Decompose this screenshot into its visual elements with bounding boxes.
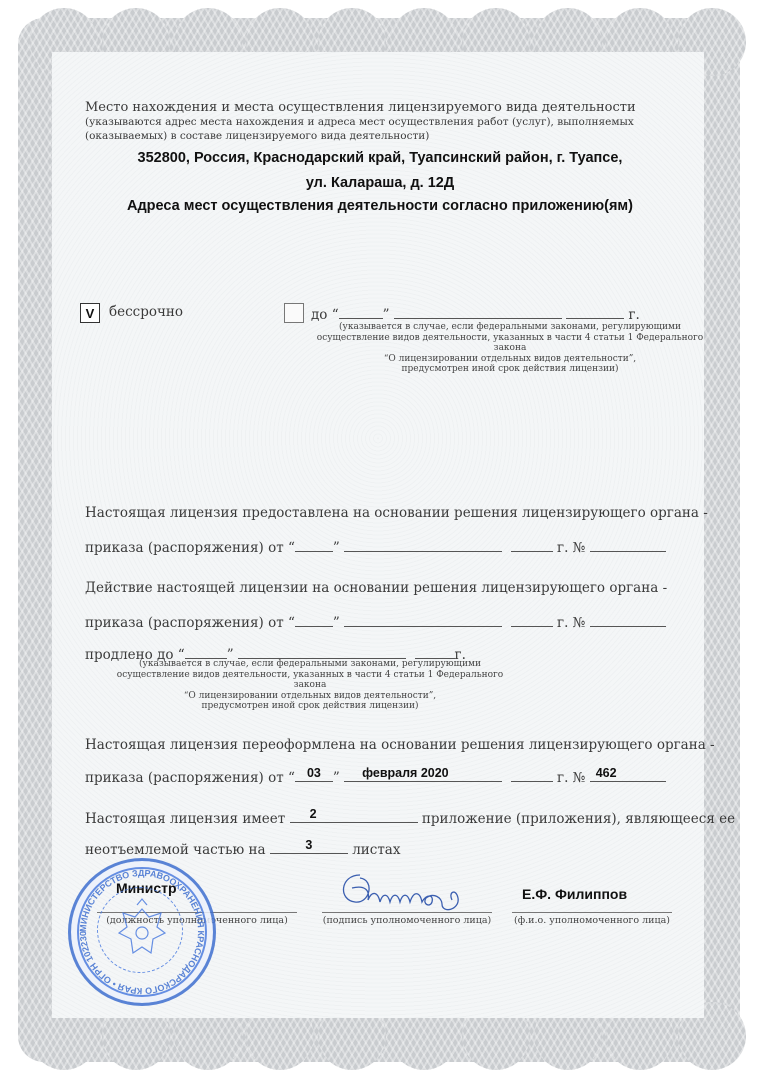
signatory-name: Е.Ф. Филиппов bbox=[522, 886, 627, 902]
location-heading: Место нахождения и места осуществления л… bbox=[85, 101, 685, 143]
limited-prefix: до bbox=[311, 307, 327, 323]
extended-number-field[interactable] bbox=[590, 612, 666, 627]
reissued-day-field[interactable]: 03 bbox=[295, 767, 333, 782]
extended-until-year-field[interactable] bbox=[415, 644, 455, 659]
location-heading-title: Место нахождения и места осуществления л… bbox=[85, 100, 636, 115]
location-heading-note: (указываются адрес места нахождения и ад… bbox=[85, 116, 634, 142]
name-caption: (ф.и.о. уполномоченного лица) bbox=[512, 915, 672, 926]
appendix-line-1: Настоящая лицензия имеет 2 приложение (п… bbox=[85, 808, 735, 827]
signature-line bbox=[322, 912, 492, 913]
extended-day-field[interactable] bbox=[295, 612, 333, 627]
extended-line-1: Действие настоящей лицензии на основании… bbox=[85, 580, 667, 596]
extended-until-month-field[interactable] bbox=[238, 644, 406, 659]
reissued-line-1: Настоящая лицензия переоформлена на осно… bbox=[85, 737, 715, 753]
extended-note: (указывается в случае, если федеральными… bbox=[110, 659, 510, 712]
address-line-2: ул. Калараша, д. 12Д bbox=[80, 175, 680, 191]
official-seal-stamp: МИНИСТЕРСТВО ЗДРАВООХРАНЕНИЯ КРАСНОДАРСК… bbox=[68, 858, 216, 1006]
name-line bbox=[512, 912, 672, 913]
appendix-count-field[interactable]: 2 bbox=[290, 808, 418, 823]
unlimited-checkbox[interactable]: V bbox=[80, 303, 100, 323]
granted-line-2: приказа (распоряжения) от “” г. № bbox=[85, 537, 666, 556]
address-line-3: Адреса мест осуществления деятельности с… bbox=[80, 198, 680, 214]
reissued-month-field[interactable]: февраля 2020 bbox=[344, 767, 502, 782]
extended-line-2: приказа (распоряжения) от “” г. № bbox=[85, 612, 666, 631]
unlimited-label: бессрочно bbox=[109, 304, 183, 320]
granted-year-field[interactable] bbox=[511, 537, 553, 552]
double-headed-eagle-icon: МИНИСТЕРСТВО ЗДРАВООХРАНЕНИЯ КРАСНОДАРСК… bbox=[71, 861, 213, 1003]
address-line-1: 352800, Россия, Краснодарский край, Туап… bbox=[80, 150, 680, 166]
limited-term-checkbox[interactable] bbox=[284, 303, 304, 323]
limited-month-field[interactable] bbox=[394, 304, 562, 319]
check-mark-icon: V bbox=[86, 306, 95, 321]
extended-year-field[interactable] bbox=[511, 612, 553, 627]
granted-line-1: Настоящая лицензия предоставлена на осно… bbox=[85, 505, 708, 521]
appendix-sheets-field[interactable]: 3 bbox=[270, 839, 348, 854]
limited-day-field[interactable] bbox=[339, 304, 383, 319]
reissued-line-2: приказа (распоряжения) от “03” февраля 2… bbox=[85, 767, 666, 786]
limited-term-row: до “” г. bbox=[311, 304, 640, 323]
granted-month-field[interactable] bbox=[344, 537, 502, 552]
limited-year-field[interactable] bbox=[566, 304, 624, 319]
signature-caption: (подпись уполномоченного лица) bbox=[322, 915, 492, 926]
granted-day-field[interactable] bbox=[295, 537, 333, 552]
appendix-line-2: неотъемлемой частью на 3 листах bbox=[85, 839, 400, 858]
reissued-year-field[interactable] bbox=[511, 767, 553, 782]
extended-until-day-field[interactable] bbox=[185, 644, 227, 659]
extended-month-field[interactable] bbox=[344, 612, 502, 627]
granted-number-field[interactable] bbox=[590, 537, 666, 552]
reissued-number-field[interactable]: 462 bbox=[590, 767, 666, 782]
limited-term-note: (указывается в случае, если федеральными… bbox=[300, 322, 720, 375]
